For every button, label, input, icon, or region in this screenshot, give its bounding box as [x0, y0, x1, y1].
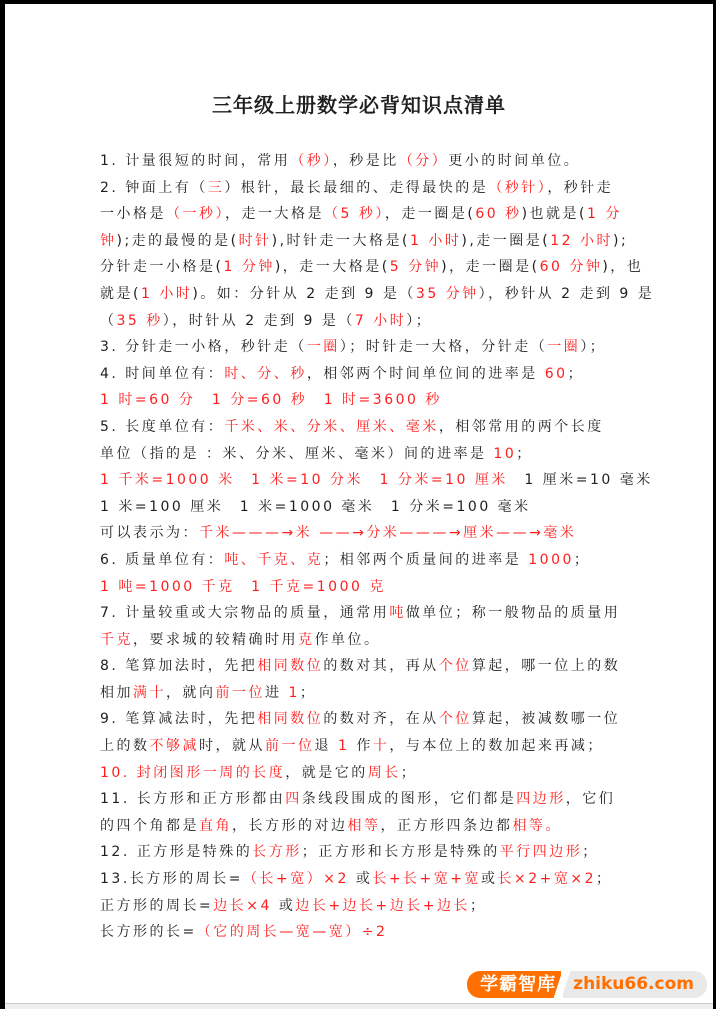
highlight-text: 不够减: [150, 738, 200, 754]
body-text: ；: [596, 871, 613, 887]
body-text: ；: [568, 366, 585, 382]
body-text: ；: [470, 898, 487, 914]
highlight-text: （秒）: [290, 153, 333, 169]
text-line: 分针走一小格是(1 分钟)，走一大格是(5 分钟)，走一圈是(60 分钟)，也: [100, 254, 713, 281]
highlight-text: 前一位: [216, 685, 266, 701]
body-text: 一小格是: [100, 206, 166, 222]
body-text: 5. 长度单位有：: [100, 419, 224, 435]
highlight-text: 35 秒: [117, 313, 163, 329]
body-text: );走的最慢的是(: [117, 233, 239, 249]
body-text: 3. 分针走一小格，秒针走（: [100, 339, 307, 355]
highlight-text: 千米———→米 ——→分米———→厘米——→毫米: [199, 525, 576, 541]
body-text: 更小的时间单位。: [448, 153, 580, 169]
body-text: )也就是(: [522, 206, 587, 222]
body-text: ；: [401, 765, 418, 781]
body-text: ）；: [406, 313, 432, 329]
text-line: 可以表示为：千米———→米 ——→分米———→厘米——→毫米: [100, 520, 713, 547]
text-line: 一小格是（一秒），走一大格是（5 秒），走一圈是(60 秒)也就是(1 分: [100, 201, 713, 228]
body-text: 时，就从: [199, 738, 265, 754]
highlight-text: 1 分: [587, 206, 622, 222]
page-title: 三年级上册数学必背知识点清单: [5, 4, 713, 118]
text-line: 单位（指的是 ：米、分米、厘米、毫米）间的进率是 10；: [100, 441, 713, 468]
body-text: ，走一圈是(: [385, 206, 475, 222]
highlight-text: 长×2+宽×2: [498, 871, 597, 887]
highlight-text: 60 分钟: [540, 259, 603, 275]
body-text: 长方形的长=: [100, 924, 197, 940]
highlight-text: 7 小时: [355, 313, 406, 329]
body-text: 上的数: [100, 738, 150, 754]
body-text: 1 厘米=10 毫米: [508, 472, 653, 488]
body-text: 11. 长方形和正方形都由: [100, 791, 285, 807]
body-text: 1. 计量很短的时间，常用: [100, 153, 290, 169]
body-text: )，走一圈是(: [441, 259, 539, 275]
text-line: 的四个角都是直角，长方形的对边相等，正方形四条边都相等。: [100, 813, 713, 840]
body-text: （: [100, 313, 117, 329]
highlight-text: 直角: [199, 818, 232, 834]
text-line: 1. 计量很短的时间，常用（秒），秒是比（分）更小的时间单位。: [100, 148, 713, 175]
highlight-text: 时、分、秒: [224, 366, 307, 382]
highlight-text: 平行四边形: [500, 844, 583, 860]
body-text: ，长方形的对边: [232, 818, 348, 834]
text-line: 长方形的长=（它的周长—宽—宽）÷2: [100, 919, 713, 946]
body-text: )。如：分针从 2 走到 9 是（: [192, 286, 416, 302]
body-text: ，要求城的较精确时用: [133, 632, 298, 648]
body-text: 或: [349, 871, 372, 887]
highlight-text: 1000: [528, 552, 574, 568]
text-line: 8. 笔算加法时，先把相同数位的数对其，再从个位算起，哪一位上的数: [100, 653, 713, 680]
body-text: 的数对其，再从: [323, 658, 439, 674]
highlight-text: 四边形: [516, 791, 566, 807]
brand-domain: zhiku66.com: [563, 971, 707, 998]
text-line: 1 吨=1000 千克 1 千克=1000 克: [100, 574, 713, 601]
body-text: ），秒针从 2 走到 9 是: [479, 286, 655, 302]
body-text: 的数对齐，在从: [323, 711, 439, 727]
body-text: ，相邻两个时间单位间的进率是: [307, 366, 545, 382]
text-line: 上的数不够减时，就从前一位退 1 作十，与本位上的数加起来再减；: [100, 733, 713, 760]
highlight-text: （一秒）: [166, 206, 225, 222]
body-text: 可以表示为：: [100, 525, 199, 541]
body-text: 正方形的周长=: [100, 898, 213, 914]
body-text: ；: [300, 685, 317, 701]
text-line: 5. 长度单位有：千米、米、分米、厘米、毫米，相邻常用的两个长度: [100, 414, 713, 441]
highlight-text: 周长: [368, 765, 401, 781]
body-text: ),走一圈是(: [461, 233, 550, 249]
highlight-text: 10: [493, 446, 516, 462]
highlight-text: （5 秒）: [324, 206, 385, 222]
body-text: 作单位。: [315, 632, 381, 648]
body-text: 就是(: [100, 286, 141, 302]
body-text: ；: [516, 446, 533, 462]
highlight-text: 吨、千克、克: [224, 552, 323, 568]
highlight-text: 10. 封闭图形一周的长度: [100, 765, 285, 781]
highlight-text: 35 分钟: [416, 286, 479, 302]
body-text: ；正方形和长方形是特殊的: [302, 844, 500, 860]
body-text: 作: [349, 738, 372, 754]
body-text: 单位（指的是 ：米、分米、厘米、毫米）间的进率是: [100, 446, 493, 462]
body-text: 条线段围成的图形，它们都是: [302, 791, 517, 807]
body-text: 2. 钟面上有（: [100, 180, 208, 196]
highlight-text: （分）: [399, 153, 449, 169]
highlight-text: 一圈: [307, 339, 340, 355]
highlight-text: 1 分钟: [223, 259, 274, 275]
highlight-text: 满十: [133, 685, 166, 701]
body-text: 进: [265, 685, 288, 701]
text-line: 1 米=100 厘米 1 米=1000 毫米 1 分米=100 毫米: [100, 494, 713, 521]
body-text: 4. 时间单位有：: [100, 366, 224, 382]
body-text: );: [613, 233, 628, 249]
body-text: ）；: [580, 339, 606, 355]
body-text: ，相邻常用的两个长度: [439, 419, 604, 435]
highlight-text: 1 时=60 分 1 分=60 秒 1 时=3600 秒: [100, 392, 442, 408]
body-text: 或: [481, 871, 498, 887]
body-text: 6. 质量单位有：: [100, 552, 224, 568]
page-bottom-edge: [5, 1003, 713, 1009]
highlight-text: 克: [298, 632, 315, 648]
brand-name: 学霸智库: [467, 971, 561, 998]
highlight-text: 相同数位: [257, 711, 323, 727]
body-text: 1 米=100 厘米 1 米=1000 毫米 1 分米=100 毫米: [100, 499, 531, 515]
text-line: 9. 笔算减法时，先把相同数位的数对齐，在从个位算起，被减数哪一位: [100, 706, 713, 733]
body-text: ），时针从 2 走到 9 是（: [163, 313, 355, 329]
highlight-text: 相等。: [513, 818, 563, 834]
highlight-text: （它的周长—宽—宽）÷2: [197, 924, 388, 940]
highlight-text: 吨: [389, 605, 406, 621]
body-text: 或: [272, 898, 295, 914]
body-text: 算起，被减数哪一位: [472, 711, 621, 727]
body-text: ）根针，最长最细的、走得最快的是: [224, 180, 488, 196]
highlight-text: 一圈: [547, 339, 580, 355]
body-text: ),时针走一大格是(: [272, 233, 410, 249]
body-text: 13.长方形的周长=: [100, 871, 243, 887]
text-line: 10. 封闭图形一周的长度，就是它的周长；: [100, 760, 713, 787]
highlight-text: 时针: [239, 233, 272, 249]
body-text: 分针走一小格是(: [100, 259, 223, 275]
body-text: )，走一大格是(: [275, 259, 390, 275]
text-line: 钟);走的最慢的是(时针),时针走一大格是(1 小时),走一圈是(12 小时);: [100, 228, 713, 255]
text-line: 11. 长方形和正方形都由四条线段围成的图形，它们都是四边形，它们: [100, 786, 713, 813]
body-text: )，也: [602, 259, 643, 275]
text-line: 13.长方形的周长=（长+宽）×2 或长+长+宽+宽或长×2+宽×2；: [100, 866, 713, 893]
text-line: 1 时=60 分 1 分=60 秒 1 时=3600 秒: [100, 387, 713, 414]
highlight-text: 长方形: [252, 844, 302, 860]
highlight-text: 相等: [348, 818, 381, 834]
text-line: 正方形的周长=边长×4 或边长+边长+边长+边长；: [100, 893, 713, 920]
highlight-text: 5 分钟: [390, 259, 441, 275]
text-line: 1 千米=1000 米 1 米=10 分米 1 分米=10 厘米 1 厘米=10…: [100, 467, 713, 494]
body-text: ，秒是比: [333, 153, 399, 169]
highlight-text: 钟: [100, 233, 117, 249]
document-page: 三年级上册数学必背知识点清单 1. 计量很短的时间，常用（秒），秒是比（分）更小…: [5, 4, 713, 1003]
text-line: 7. 计量较重或大宗物品的质量，通常用吨做单位；称一般物品的质量用: [100, 600, 713, 627]
body-text: ，正方形四条边都: [381, 818, 513, 834]
body-text: ；: [582, 844, 599, 860]
highlight-text: 个位: [439, 711, 472, 727]
body-text: 12. 正方形是特殊的: [100, 844, 252, 860]
body-text: 9. 笔算减法时，先把: [100, 711, 257, 727]
body-text: 相加: [100, 685, 133, 701]
highlight-text: 十: [373, 738, 390, 754]
highlight-text: 12 小时: [550, 233, 613, 249]
highlight-text: 1 小时: [141, 286, 192, 302]
body-text: 的四个角都是: [100, 818, 199, 834]
text-line: 4. 时间单位有：时、分、秒，相邻两个时间单位间的进率是 60；: [100, 361, 713, 388]
text-line: 12. 正方形是特殊的长方形；正方形和长方形是特殊的平行四边形；: [100, 839, 713, 866]
highlight-text: 三: [208, 180, 225, 196]
body-text: ）；时针走一大格，分针走（: [340, 339, 548, 355]
brand-badge: 学霸智库 zhiku66.com: [467, 971, 707, 998]
body-text: ，就是它的: [285, 765, 368, 781]
text-line: 就是(1 小时)。如：分针从 2 走到 9 是（35 分钟），秒针从 2 走到 …: [100, 281, 713, 308]
highlight-text: 前一位: [265, 738, 315, 754]
text-line: 6. 质量单位有：吨、千克、克；相邻两个质量间的进率是 1000；: [100, 547, 713, 574]
text-line: 千克，要求城的较精确时用克作单位。: [100, 627, 713, 654]
highlight-text: 1 吨=1000 千克 1 千克=1000 克: [100, 579, 386, 595]
highlight-text: 1: [288, 685, 299, 701]
text-line: 相加满十，就向前一位进 1；: [100, 680, 713, 707]
highlight-text: 相同数位: [257, 658, 323, 674]
highlight-text: 60 秒: [475, 206, 521, 222]
body-text: ，就向: [166, 685, 216, 701]
highlight-text: 边长+边长+边长+边长: [295, 898, 470, 914]
body-text: 算起，哪一位上的数: [472, 658, 621, 674]
text-line: 2. 钟面上有（三）根针，最长最细的、走得最快的是（秒针），秒针走: [100, 175, 713, 202]
body-text: ，与本位上的数加起来再减；: [389, 738, 604, 754]
body-text: ，走一大格是: [225, 206, 324, 222]
highlight-text: （秒针）: [488, 180, 547, 196]
highlight-text: 四: [285, 791, 302, 807]
highlight-text: 个位: [439, 658, 472, 674]
highlight-text: 1 千米=1000 米 1 米=10 分米 1 分米=10 厘米: [100, 472, 508, 488]
text-line: 3. 分针走一小格，秒针走（一圈）；时针走一大格，分针走（一圈）；: [100, 334, 713, 361]
body-text: ；相邻两个质量间的进率是: [323, 552, 528, 568]
body-text: 7. 计量较重或大宗物品的质量，通常用: [100, 605, 389, 621]
body-text: 8. 笔算加法时，先把: [100, 658, 257, 674]
highlight-text: 千米、米、分米、厘米、毫米: [224, 419, 439, 435]
text-line: （35 秒），时针从 2 走到 9 是（7 小时）；: [100, 308, 713, 335]
highlight-text: （长+宽）×2: [243, 871, 349, 887]
highlight-text: 千克: [100, 632, 133, 648]
highlight-text: 1: [338, 738, 349, 754]
body-text: ；: [574, 552, 591, 568]
highlight-text: 60: [545, 366, 568, 382]
body-text: 退: [315, 738, 338, 754]
body-text: 做单位；称一般物品的质量用: [406, 605, 621, 621]
body-text: ，它们: [566, 791, 616, 807]
document-body: 1. 计量很短的时间，常用（秒），秒是比（分）更小的时间单位。2. 钟面上有（三…: [5, 148, 713, 946]
body-text: ，秒针走: [547, 180, 613, 196]
highlight-text: 边长×4: [213, 898, 272, 914]
highlight-text: 1 小时: [410, 233, 461, 249]
highlight-text: 长+长+宽+宽: [372, 871, 481, 887]
